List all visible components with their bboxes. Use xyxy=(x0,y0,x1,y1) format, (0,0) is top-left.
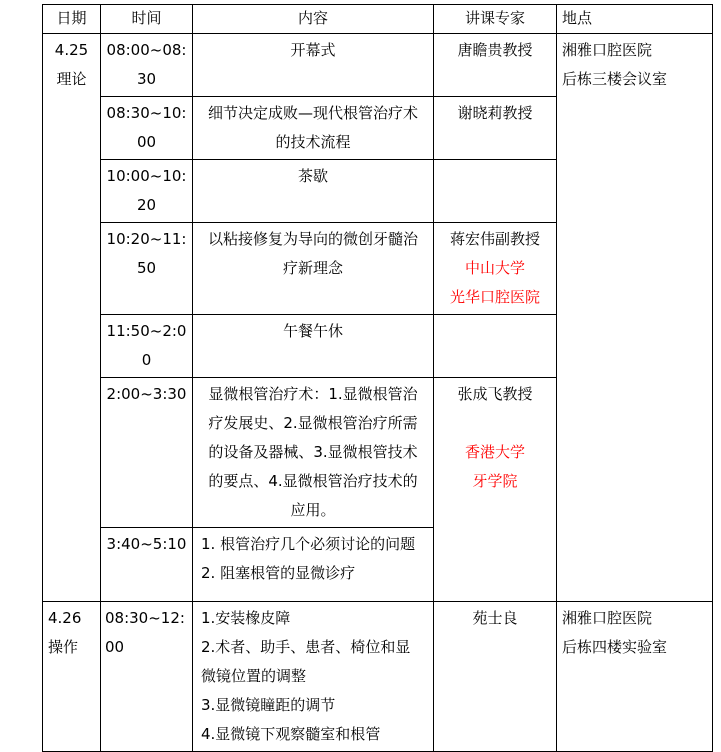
speaker-affiliation: 香港大学 牙学院 xyxy=(436,438,554,496)
content-cell: 茶歇 xyxy=(193,160,434,223)
content-cell: 细节决定成败—现代根管治疗术的技术流程 xyxy=(193,97,434,160)
speaker-cell: 张成飞教授 香港大学 牙学院 xyxy=(434,378,557,602)
speaker-name: 张成飞教授 xyxy=(436,380,554,409)
date-cell-day1: 4.25 理论 xyxy=(43,34,101,602)
content-cell: 以粘接修复为导向的微创牙髓治疗新理念 xyxy=(193,223,434,315)
course-schedule-table: 日期 时间 内容 讲课专家 地点 4.25 理论 08:00~08:30 开幕式… xyxy=(42,4,713,752)
date-cell-day2: 4.26 操作 xyxy=(43,602,101,752)
time-cell: 3:40~5:10 xyxy=(101,528,193,602)
col-header-time: 时间 xyxy=(101,5,193,34)
time-cell: 08:30~12:00 xyxy=(101,602,193,752)
speaker-cell: 苑士良 xyxy=(434,602,557,752)
speaker-cell: 唐瞻贵教授 xyxy=(434,34,557,97)
speaker-affiliation: 中山大学 光华口腔医院 xyxy=(436,254,554,312)
time-cell: 2:00~3:30 xyxy=(101,378,193,528)
table-row: 4.25 理论 08:00~08:30 开幕式 唐瞻贵教授 湘雅口腔医院 后栋三… xyxy=(43,34,713,97)
time-cell: 11:50~2:00 xyxy=(101,315,193,378)
col-header-speaker: 讲课专家 xyxy=(434,5,557,34)
content-cell: 1.安装橡皮障 2.术者、助手、患者、椅位和显微镜位置的调整 3.显微镜瞳距的调… xyxy=(193,602,434,752)
time-cell: 10:00~10:20 xyxy=(101,160,193,223)
location-cell-day1: 湘雅口腔医院 后栋三楼会议室 xyxy=(557,34,713,602)
content-cell: 午餐午休 xyxy=(193,315,434,378)
speaker-cell xyxy=(434,315,557,378)
content-cell: 开幕式 xyxy=(193,34,434,97)
time-cell: 08:30~10:00 xyxy=(101,97,193,160)
col-header-content: 内容 xyxy=(193,5,434,34)
speaker-cell: 蒋宏伟副教授 中山大学 光华口腔医院 xyxy=(434,223,557,315)
table-row: 4.26 操作 08:30~12:00 1.安装橡皮障 2.术者、助手、患者、椅… xyxy=(43,602,713,752)
location-cell-day2: 湘雅口腔医院 后栋四楼实验室 xyxy=(557,602,713,752)
content-cell: 显微根管治疗术：1.显微根管治疗发展史、2.显微根管治疗所需的设备及器械、3.显… xyxy=(193,378,434,528)
time-cell: 08:00~08:30 xyxy=(101,34,193,97)
col-header-location: 地点 xyxy=(557,5,713,34)
speaker-cell xyxy=(434,160,557,223)
content-cell: 1. 根管治疗几个必须讨论的问题 2. 阻塞根管的显微诊疗 xyxy=(193,528,434,602)
speaker-cell: 谢晓莉教授 xyxy=(434,97,557,160)
speaker-name: 蒋宏伟副教授 xyxy=(436,225,554,254)
header-row: 日期 时间 内容 讲课专家 地点 xyxy=(43,5,713,34)
time-cell: 10:20~11:50 xyxy=(101,223,193,315)
col-header-date: 日期 xyxy=(43,5,101,34)
